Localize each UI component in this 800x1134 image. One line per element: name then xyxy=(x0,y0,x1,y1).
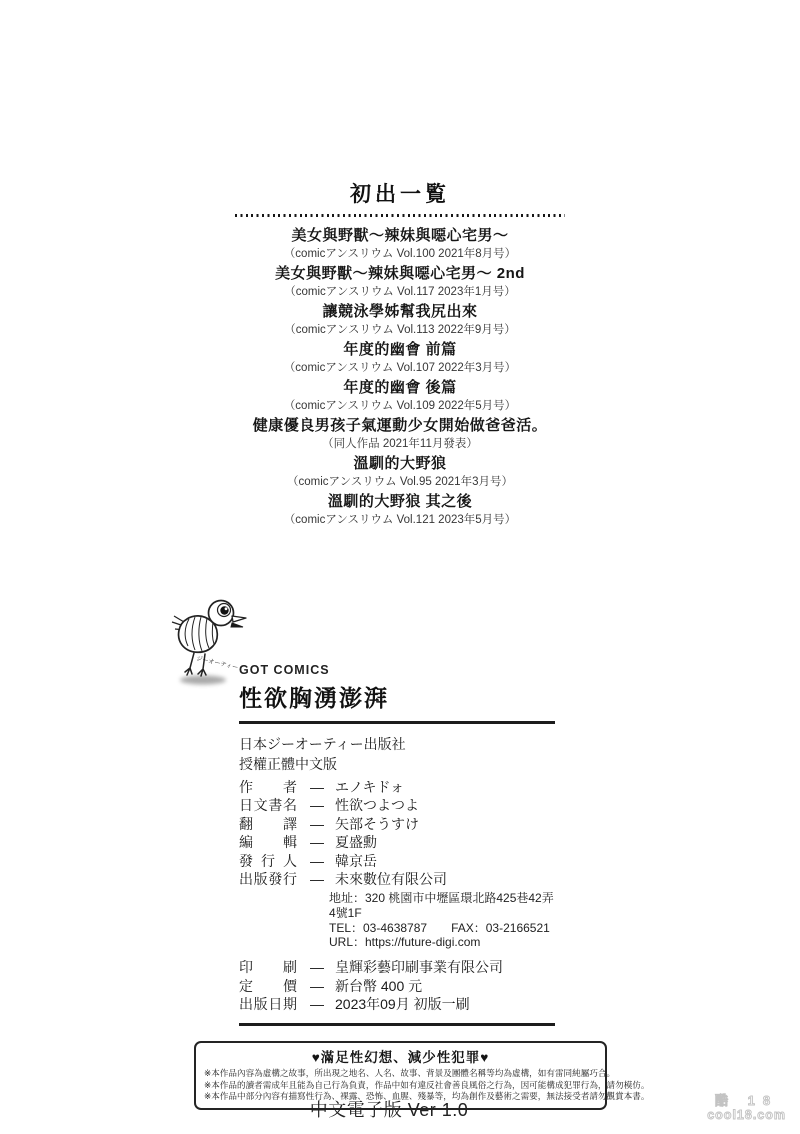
publisher-contact: 地址：320 桃園市中壢區環北路425巷42弄4號1F TEL：03-46387… xyxy=(329,891,555,950)
work-title: 健康優良男孩子氣運動少女開始做爸爸活。 xyxy=(0,416,800,435)
row-value: 皇輝彩藝印刷事業有限公司 xyxy=(335,958,503,977)
row-value: エノキドォ xyxy=(335,778,404,797)
license-note: 授權正體中文版 xyxy=(239,754,555,774)
disclaimer-line: ※本作品內容為虛構之故事，所出現之地名、人名、故事、背景及團體名稱等均為虛構，如… xyxy=(204,1068,597,1080)
work-title: 年度的幽會 前篇 xyxy=(0,340,800,359)
credit-row: 作者—エノキドォ xyxy=(239,778,555,797)
row-value: 夏盛勳 xyxy=(335,833,377,852)
brand-label: GOT COMICS xyxy=(239,663,555,677)
work-title: 讓競泳學姊幫我尻出來 xyxy=(0,302,800,321)
colophon-section: GOT COMICS 性欲胸湧澎湃 日本ジーオーティー出版社 授權正體中文版 作… xyxy=(239,663,555,1102)
bottom-rule xyxy=(239,1023,555,1026)
colophon-page: 初出一覧 美女與野獸～辣妹與噁心宅男～ （comicアンスリウム Vol.100… xyxy=(0,0,800,1134)
row-value: 韓京岳 xyxy=(335,852,377,871)
list-item: 溫馴的大野狼 其之後 （comicアンスリウム Vol.121 2023年5月号… xyxy=(0,492,800,530)
publisher-tel: TEL：03-4638787 xyxy=(329,921,427,935)
credit-row: 編輯—夏盛勳 xyxy=(239,833,555,852)
row-label: 翻譯 xyxy=(239,815,297,834)
row-value: 未來數位有限公司 xyxy=(335,870,447,889)
list-item: 讓競泳學姊幫我尻出來 （comicアンスリウム Vol.113 2022年9月号… xyxy=(0,302,800,340)
publisher-jp: 日本ジーオーティー出版社 xyxy=(239,734,555,754)
credit-row: 出版發行—未來數位有限公司 xyxy=(239,870,555,889)
work-title: 溫馴的大野狼 xyxy=(0,454,800,473)
row-value: 新台幣 400 元 xyxy=(335,977,422,996)
credit-row: 日文書名—性欲つよつよ xyxy=(239,796,555,815)
list-item: 美女與野獸～辣妹與噁心宅男～ 2nd （comicアンスリウム Vol.117 … xyxy=(0,264,800,302)
list-item: 年度的幽會 後篇 （comicアンスリウム Vol.109 2022年5月号） xyxy=(0,378,800,416)
row-label: 印刷 xyxy=(239,958,297,977)
watermark-bottom: cool18.com xyxy=(707,1108,786,1122)
row-dash: — xyxy=(310,958,324,977)
edition-version: 中文電子版 Ver 1.0 xyxy=(0,1096,778,1122)
row-label: 定價 xyxy=(239,977,297,996)
row-dash: — xyxy=(310,995,324,1014)
credit-row: 翻譯—矢部そうすけ xyxy=(239,815,555,834)
title-rule xyxy=(239,721,555,724)
disclaimer-heading: ♥滿足性幻想、減少性犯罪♥ xyxy=(204,1046,597,1066)
row-dash: — xyxy=(310,870,324,889)
watermark-top: 酷 18 xyxy=(707,1094,786,1108)
work-title: 美女與野獸～辣妹與噁心宅男～ 2nd xyxy=(0,264,800,283)
publication-list: 美女與野獸～辣妹與噁心宅男～ （comicアンスリウム Vol.100 2021… xyxy=(0,226,800,530)
work-title: 溫馴的大野狼 其之後 xyxy=(0,492,800,511)
work-source: （comicアンスリウム Vol.121 2023年5月号） xyxy=(0,511,800,530)
row-label: 發行人 xyxy=(239,852,297,871)
list-item: 年度的幽會 前篇 （comicアンスリウム Vol.107 2022年3月号） xyxy=(0,340,800,378)
list-item: 健康優良男孩子氣運動少女開始做爸爸活。 （同人作品 2021年11月發表） xyxy=(0,416,800,454)
publisher-url: URL：https://future-digi.com xyxy=(329,935,555,950)
row-dash: — xyxy=(310,833,324,852)
publisher-fax: FAX：03-2166521 xyxy=(451,921,550,935)
row-dash: — xyxy=(310,815,324,834)
row-dash: — xyxy=(310,796,324,815)
disclaimer-line: ※本作品的讀者需成年且能為自己行為負責，作品中如有違反社會善良風俗之行為，因可能… xyxy=(204,1080,597,1092)
section-title: 初出一覧 xyxy=(0,183,800,207)
site-watermark: 酷 18 cool18.com xyxy=(707,1094,786,1122)
list-item: 美女與野獸～辣妹與噁心宅男～ （comicアンスリウム Vol.100 2021… xyxy=(0,226,800,264)
work-title: 年度的幽會 後篇 xyxy=(0,378,800,397)
credit-row: 發行人—韓京岳 xyxy=(239,852,555,871)
got-bird-logo: ジーオーティー xyxy=(163,595,249,700)
row-value: 2023年09月 初版一刷 xyxy=(335,995,470,1014)
row-label: 出版發行 xyxy=(239,870,297,889)
credit-row: 印刷—皇輝彩藝印刷事業有限公司 xyxy=(239,958,555,977)
work-source: （comicアンスリウム Vol.95 2021年3月号） xyxy=(0,473,800,492)
row-label: 編輯 xyxy=(239,833,297,852)
row-dash: — xyxy=(310,852,324,871)
work-title: 美女與野獸～辣妹與噁心宅男～ xyxy=(0,226,800,245)
row-label: 出版日期 xyxy=(239,995,297,1014)
work-source: （comicアンスリウム Vol.113 2022年9月号） xyxy=(0,321,800,340)
row-value: 性欲つよつよ xyxy=(335,796,419,815)
credit-row: 定價—新台幣 400 元 xyxy=(239,977,555,996)
work-source: （comicアンスリウム Vol.117 2023年1月号） xyxy=(0,283,800,302)
bird-icon: ジーオーティー xyxy=(163,595,249,695)
publisher-address: 地址：320 桃園市中壢區環北路425巷42弄4號1F xyxy=(329,891,555,921)
dotted-divider xyxy=(235,214,565,217)
row-dash: — xyxy=(310,778,324,797)
row-label: 作者 xyxy=(239,778,297,797)
first-publication-section: 初出一覧 美女與野獸～辣妹與噁心宅男～ （comicアンスリウム Vol.100… xyxy=(0,183,800,530)
list-item: 溫馴的大野狼 （comicアンスリウム Vol.95 2021年3月号） xyxy=(0,454,800,492)
row-label: 日文書名 xyxy=(239,796,297,815)
work-source: （comicアンスリウム Vol.100 2021年8月号） xyxy=(0,245,800,264)
print-rows: 印刷—皇輝彩藝印刷事業有限公司 定價—新台幣 400 元 出版日期—2023年0… xyxy=(239,958,555,1014)
work-source: （comicアンスリウム Vol.109 2022年5月号） xyxy=(0,397,800,416)
credit-row: 出版日期—2023年09月 初版一刷 xyxy=(239,995,555,1014)
book-title: 性欲胸湧澎湃 xyxy=(239,680,555,713)
work-source: （同人作品 2021年11月發表） xyxy=(0,435,800,454)
credit-rows: 作者—エノキドォ 日文書名—性欲つよつよ 翻譯—矢部そうすけ 編輯—夏盛勳 發行… xyxy=(239,778,555,890)
work-source: （comicアンスリウム Vol.107 2022年3月号） xyxy=(0,359,800,378)
row-dash: — xyxy=(310,977,324,996)
row-value: 矢部そうすけ xyxy=(335,815,419,834)
